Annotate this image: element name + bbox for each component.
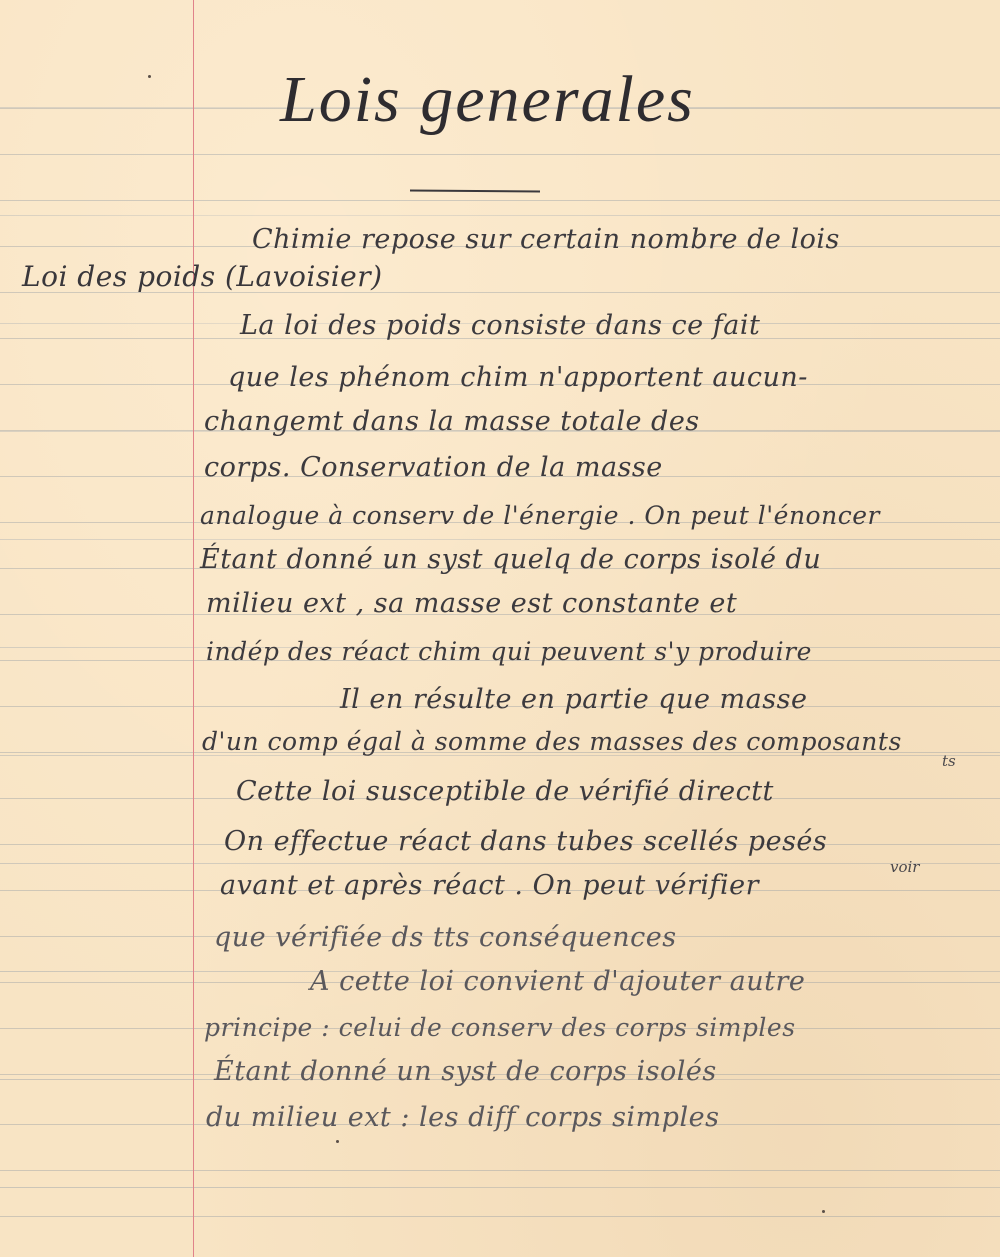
- ruled-line: [0, 1216, 1000, 1217]
- text-line: du milieu ext : les diff corps simples: [206, 1098, 719, 1138]
- text-line: Étant donné un syst de corps isolés: [214, 1052, 717, 1092]
- title-underline: [410, 190, 540, 193]
- page-title: Lois generales: [280, 62, 695, 138]
- insertion-annotation: voir: [890, 858, 919, 876]
- text-line: analogue à conserv de l'énergie . On peu…: [200, 496, 880, 536]
- text-line: principe : celui de conserv des corps si…: [204, 1008, 796, 1048]
- text-line: indép des réact chim qui peuvent s'y pro…: [206, 632, 812, 672]
- text-line: On effectue réact dans tubes scellés pes…: [224, 822, 827, 862]
- margin-line: [193, 0, 194, 1257]
- text-line: Étant donné un syst quelq de corps isolé…: [200, 540, 821, 580]
- text-line: La loi des poids consiste dans ce fait: [240, 306, 760, 346]
- text-line: avant et après réact . On peut vérifier: [220, 866, 759, 906]
- ruled-line: [0, 154, 1000, 155]
- paper-speck: [336, 1140, 339, 1143]
- text-line: d'un comp égal à somme des masses des co…: [202, 722, 902, 762]
- superscript-annotation: ts: [942, 752, 956, 770]
- paper-speck: [148, 75, 151, 78]
- margin-note-loi-des-poids: Loi des poids (Lavoisier): [22, 260, 383, 293]
- ruled-line: [0, 200, 1000, 201]
- text-line: Cette loi susceptible de vérifié directt: [236, 772, 774, 812]
- notebook-page: Lois generales Loi des poids (Lavoisier)…: [0, 0, 1000, 1257]
- text-line: changemt dans la masse totale des: [204, 402, 700, 442]
- text-line: que les phénom chim n'apportent aucun-: [228, 358, 808, 398]
- text-line: Il en résulte en partie que masse: [340, 680, 807, 720]
- paper-speck: [822, 1210, 825, 1213]
- text-line: Chimie repose sur certain nombre de lois: [252, 220, 840, 260]
- ruled-line: [0, 1170, 1000, 1171]
- text-line: A cette loi convient d'ajouter autre: [310, 962, 805, 1002]
- text-line: milieu ext , sa masse est constante et: [206, 584, 737, 624]
- text-line: corps. Conservation de la masse: [204, 448, 663, 488]
- text-line: que vérifiée ds tts conséquences: [214, 918, 677, 958]
